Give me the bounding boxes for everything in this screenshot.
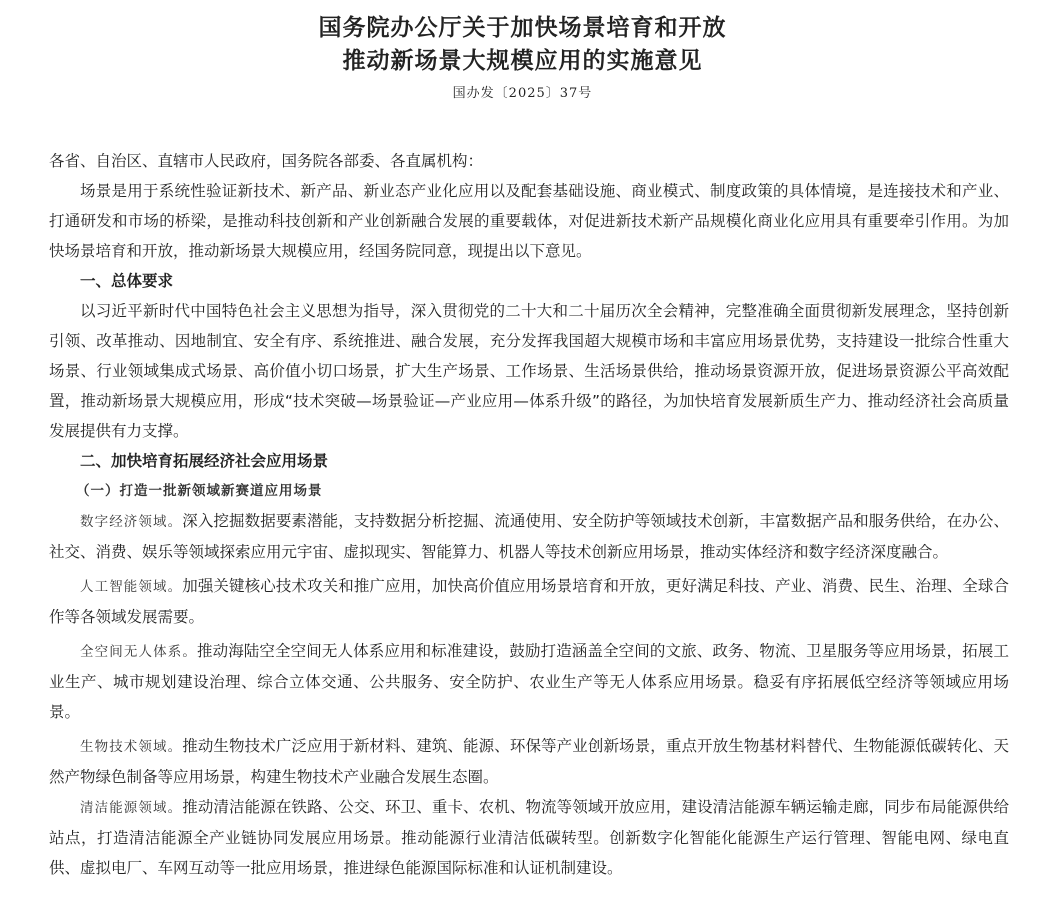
item-lead: 清洁能源领域。: [80, 800, 182, 816]
item-lead: 数字经济领域。: [80, 514, 182, 530]
subsection-heading-new-fields: （一）打造一批新领域新赛道应用场景: [49, 476, 1009, 506]
item-digital-economy: 数字经济领域。深入挖掘数据要素潜能，支持数据分析挖掘、流通使用、安全防护等领域技…: [49, 506, 1009, 567]
item-text: 深入挖掘数据要素潜能，支持数据分析挖掘、流通使用、安全防护等领域技术创新，丰富数…: [49, 512, 1009, 561]
item-text: 推动清洁能源在铁路、公交、环卫、重卡、农机、物流等领域开放应用，建设清洁能源车辆…: [49, 798, 1009, 877]
item-text: 推动生物技术广泛应用于新材料、建筑、能源、环保等产业创新场景，重点开放生物基材料…: [49, 737, 1009, 786]
item-artificial-intelligence: 人工智能领域。加强关键核心技术攻关和推广应用，加快高价值应用场景培育和开放，更好…: [49, 571, 1009, 632]
intro-paragraph: 场景是用于系统性验证新技术、新产品、新业态产业化应用以及配套基础设施、商业模式、…: [49, 176, 1009, 266]
item-clean-energy: 清洁能源领域。推动清洁能源在铁路、公交、环卫、重卡、农机、物流等领域开放应用，建…: [49, 792, 1009, 883]
item-lead: 生物技术领域。: [80, 739, 182, 755]
item-biotechnology: 生物技术领域。推动生物技术广泛应用于新材料、建筑、能源、环保等产业创新场景，重点…: [49, 731, 1009, 792]
section-heading-application-scenarios: 二、加快培育拓展经济社会应用场景: [49, 446, 1009, 476]
document-number: 国办发〔2025〕37号: [0, 82, 1045, 101]
document-title-line-1: 国务院办公厅关于加快场景培育和开放: [0, 12, 1045, 44]
salutation: 各省、自治区、直辖市人民政府，国务院各部委、各直属机构：: [49, 146, 1009, 176]
item-lead: 全空间无人体系。: [80, 644, 197, 660]
document-title-line-2: 推动新场景大规模应用的实施意见: [0, 45, 1045, 77]
document-body: 各省、自治区、直辖市人民政府，国务院各部委、各直属机构： 场景是用于系统性验证新…: [49, 146, 1009, 883]
section-heading-general-requirements: 一、总体要求: [49, 266, 1009, 296]
general-requirements-paragraph: 以习近平新时代中国特色社会主义思想为指导，深入贯彻党的二十大和二十届历次全会精神…: [49, 296, 1009, 446]
item-unmanned-systems: 全空间无人体系。推动海陆空全空间无人体系应用和标准建设，鼓励打造涵盖全空间的文旅…: [49, 636, 1009, 727]
item-text: 加强关键核心技术攻关和推广应用，加快高价值应用场景培育和开放，更好满足科技、产业…: [49, 577, 1009, 626]
item-lead: 人工智能领域。: [80, 579, 182, 595]
